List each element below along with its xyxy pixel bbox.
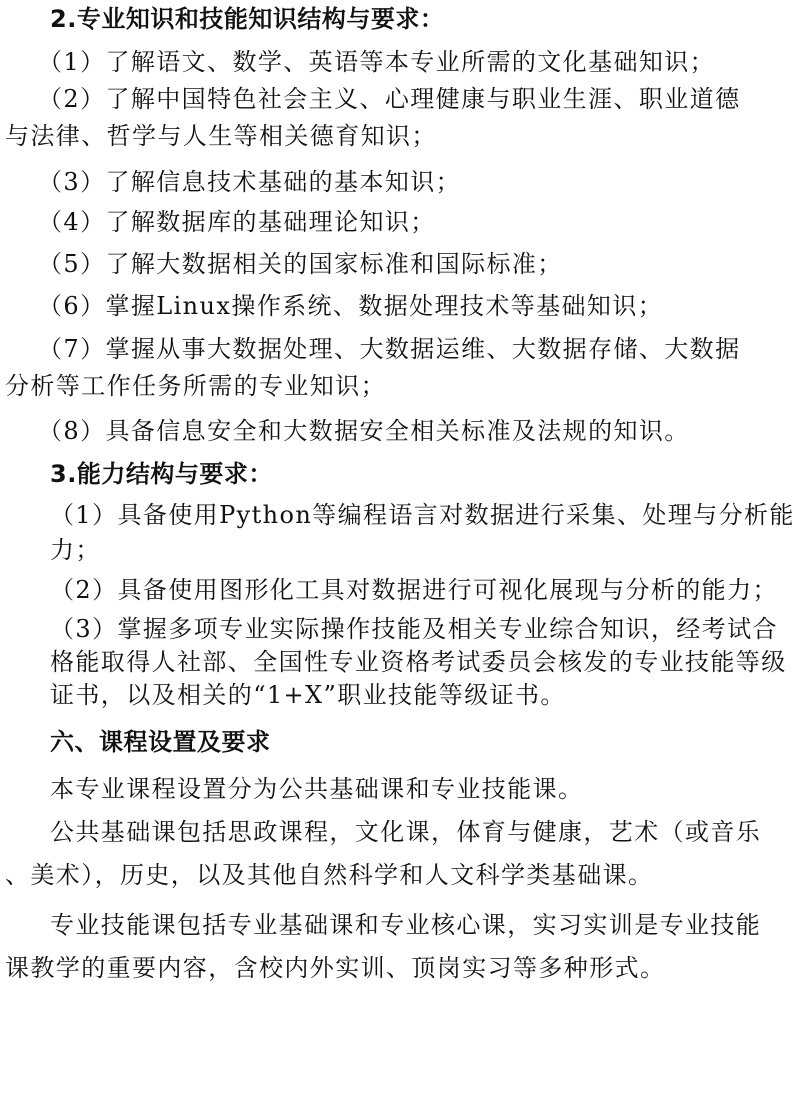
ability-item-3: （3）掌握多项专业实际操作技能及相关专业综合知识，经考试合 bbox=[50, 614, 778, 644]
knowledge-item-5: （5）了解大数据相关的国家标准和国际标准； bbox=[38, 249, 563, 279]
courses-paragraph-3: 专业技能课包括专业基础课和专业核心课，实习实训是专业技能 bbox=[50, 910, 761, 940]
ability-item-1-cont: 力； bbox=[50, 535, 101, 565]
ability-item-3-cont2: 证书，以及相关的“1+X”职业技能等级证书。 bbox=[50, 680, 566, 710]
knowledge-item-7: （7）掌握从事大数据处理、大数据运维、大数据存储、大数据 bbox=[38, 334, 740, 364]
knowledge-item-2: （2）了解中国特色社会主义、心理健康与职业生涯、职业道德 bbox=[38, 84, 740, 114]
courses-paragraph-2-cont: 、美术），历史，以及其他自然科学和人文科学类基础课。 bbox=[5, 860, 653, 890]
courses-paragraph-2: 公共基础课包括思政课程，文化课，体育与健康，艺术（或音乐 bbox=[50, 817, 761, 847]
courses-paragraph-1: 本专业课程设置分为公共基础课和专业技能课。 bbox=[50, 774, 583, 804]
courses-paragraph-3-cont: 课教学的重要内容，含校内外实训、顶岗实习等多种形式。 bbox=[5, 953, 665, 983]
knowledge-item-1: （1）了解语文、数学、英语等本专业所需的文化基础知识； bbox=[38, 47, 715, 77]
section-heading-courses: 六、课程设置及要求 bbox=[50, 727, 271, 757]
ability-item-3-cont: 格能取得人社部、全国性专业资格考试委员会核发的专业技能等级 bbox=[50, 647, 787, 677]
knowledge-item-2-cont: 与法律、哲学与人生等相关德育知识； bbox=[5, 121, 437, 151]
knowledge-item-8: （8）具备信息安全和大数据安全相关标准及法规的知识。 bbox=[38, 416, 690, 446]
knowledge-item-7-cont: 分析等工作任务所需的专业知识； bbox=[5, 371, 386, 401]
knowledge-item-3: （3）了解信息技术基础的基本知识； bbox=[38, 167, 461, 197]
ability-item-1: （1）具备使用Python等编程语言对数据进行采集、处理与分析能 bbox=[50, 500, 795, 530]
knowledge-item-6: （6）掌握Linux操作系统、数据处理技术等基础知识； bbox=[38, 291, 663, 321]
section-heading-ability: 3.能力结构与要求： bbox=[50, 459, 273, 489]
section-heading-knowledge: 2.专业知识和技能知识结构与要求： bbox=[50, 4, 444, 34]
ability-item-2: （2）具备使用图形化工具对数据进行可视化展现与分析的能力； bbox=[50, 575, 778, 605]
knowledge-item-4: （4）了解数据库的基础理论知识； bbox=[38, 207, 436, 237]
